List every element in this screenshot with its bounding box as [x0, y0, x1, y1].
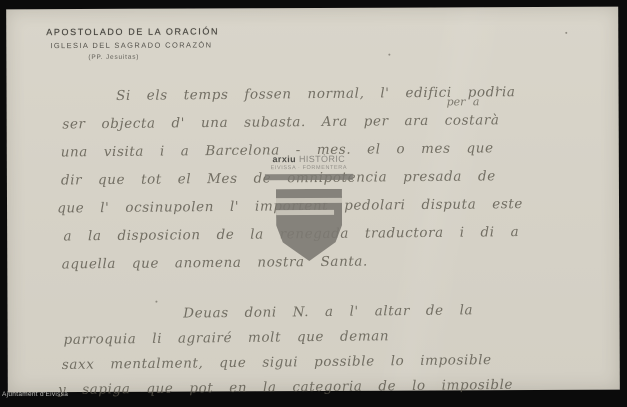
watermark-bar: [265, 174, 353, 180]
letterhead: APOSTOLADO DE LA ORACIÓN IGLESIA DEL SAG…: [46, 26, 236, 61]
shield-stripe: [276, 210, 334, 215]
watermark-title-bold: arxiu: [272, 154, 296, 164]
letterhead-line3: (PP. Jesuitas): [88, 53, 236, 61]
letterhead-line2: IGLESIA DEL SAGRADO CORAZÓN: [50, 40, 236, 50]
archive-watermark: arxiu HISTÒRIC EIVISSA · FORMENTERA: [259, 154, 359, 261]
archive-credit: Ajuntament d'Eivissa: [2, 391, 68, 398]
scan-dust: [565, 32, 567, 34]
scanned-letter-page: APOSTOLADO DE LA ORACIÓN IGLESIA DEL SAG…: [6, 7, 620, 393]
scan-dust: [155, 301, 157, 303]
scan-dust: [497, 86, 499, 89]
eivissa-shield-icon: [276, 189, 342, 261]
handwritten-paragraph-2: Deuas doni N. a l' altar de la parroquia…: [55, 297, 596, 403]
letterhead-line1: APOSTOLADO DE LA ORACIÓN: [46, 26, 236, 37]
handwriting-line: y sapiga que pot en la categoria de lo i…: [56, 372, 596, 403]
shield-stripe: [276, 198, 342, 203]
scan-dust: [388, 54, 390, 56]
handwriting-interline-insertion: per a: [447, 95, 480, 108]
watermark-title: arxiu HISTÒRIC: [259, 154, 359, 164]
handwriting-line: Si els temps fossen normal, l' edifici p…: [54, 77, 594, 110]
watermark-title-rest: HISTÒRIC: [296, 154, 345, 164]
watermark-subtitle: EIVISSA · FORMENTERA: [259, 165, 359, 171]
